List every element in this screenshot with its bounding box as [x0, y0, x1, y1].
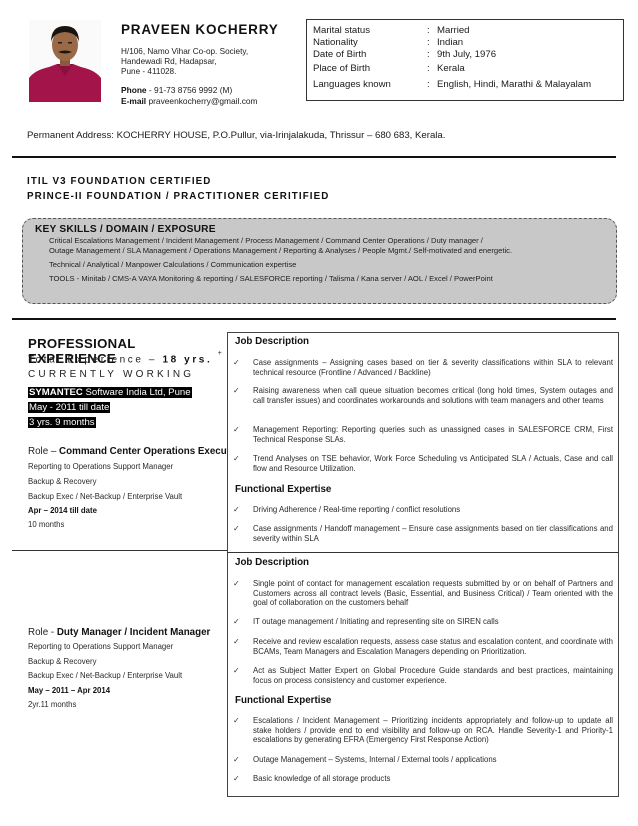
experience-left-column: PROFESSIONAL EXPERIENCE Total Experience… [0, 0, 227, 826]
check-icon: ✓ [233, 425, 253, 444]
check-icon: ✓ [233, 617, 253, 627]
check-icon: ✓ [233, 666, 253, 685]
job-bullet: ✓Single point of contact for management … [233, 579, 613, 608]
job-bullet: ✓Case assignments – Assigning cases base… [233, 358, 613, 377]
role-title: Role – Command Center Operations Executi… [28, 446, 227, 457]
role-duration: 10 months [28, 520, 64, 529]
role-reporting: Reporting to Operations Support Manager [28, 642, 173, 651]
functional-bullet: ✓Case assignments / Handoff management –… [233, 524, 613, 543]
bullet-text: Outage Management – Systems, Internal / … [253, 755, 613, 765]
personal-details-box: Marital status:Married Nationality:India… [306, 19, 624, 101]
personal-value: English, Hindi, Marathi & Malayalam [437, 77, 591, 93]
job-description-title: Job Description [235, 336, 309, 347]
check-icon: ✓ [233, 454, 253, 473]
bullet-text: Receive and review escalation requests, … [253, 637, 613, 656]
company-tenure: 3 yrs. 9 months [28, 417, 96, 428]
bullet-text: Case assignments – Assigning cases based… [253, 358, 613, 377]
functional-expertise-title: Functional Expertise [235, 695, 331, 706]
personal-row: Languages known:English, Hindi, Marathi … [313, 77, 623, 93]
bullet-text: Raising awareness when call queue situat… [253, 386, 613, 405]
bullet-text: Driving Adherence / Real-time reporting … [253, 505, 613, 515]
personal-value: Indian [437, 37, 463, 49]
total-experience-value: 18 yrs. [162, 354, 212, 365]
role-prefix: Role - [28, 627, 57, 638]
role-reporting: Reporting to Operations Support Manager [28, 462, 173, 471]
personal-row: Place of Birth:Kerala [313, 61, 623, 77]
colon: : [427, 37, 437, 49]
check-icon: ✓ [233, 524, 253, 543]
company-rest: Software India Ltd, Pune [83, 387, 191, 398]
personal-row: Date of Birth:9th July, 1976 [313, 49, 623, 61]
job-description-title: Job Description [235, 557, 309, 568]
colon: : [427, 61, 437, 77]
functional-bullet: ✓Basic knowledge of all storage products [233, 774, 613, 784]
role-period: May – 2011 – Apr 2014 [28, 686, 110, 695]
functional-bullet: ✓Outage Management – Systems, Internal /… [233, 755, 613, 765]
colon: : [427, 49, 437, 61]
personal-key: Place of Birth [313, 61, 427, 77]
functional-bullet: ✓Driving Adherence / Real-time reporting… [233, 505, 613, 515]
bullet-text: Trend Analyses on TSE behavior, Work For… [253, 454, 613, 473]
check-icon: ✓ [233, 774, 253, 784]
personal-row: Marital status:Married [313, 25, 623, 37]
role-products: Backup Exec / Net-Backup / Enterprise Va… [28, 671, 182, 680]
job-bullet: ✓IT outage management / Initiating and r… [233, 617, 613, 627]
company-bold: SYMANTEC [29, 387, 83, 398]
check-icon: ✓ [233, 358, 253, 377]
role-products: Backup Exec / Net-Backup / Enterprise Va… [28, 492, 182, 501]
role-name: Duty Manager / Incident Manager [57, 627, 211, 638]
plus-mark: + [218, 350, 222, 357]
job-bullet: ✓Raising awareness when call queue situa… [233, 386, 613, 405]
bullet-text: Basic knowledge of all storage products [253, 774, 613, 784]
colon: : [427, 77, 437, 93]
bullet-text: Management Reporting: Reporting queries … [253, 425, 613, 444]
personal-key: Nationality [313, 37, 427, 49]
personal-key: Marital status [313, 25, 427, 37]
company-name: SYMANTEC Software India Ltd, Pune [28, 387, 192, 398]
company-since: May - 2011 till date [28, 402, 110, 413]
personal-row: Nationality:Indian [313, 37, 623, 49]
role-area: Backup & Recovery [28, 657, 96, 666]
check-icon: ✓ [233, 579, 253, 608]
bullet-text: Case assignments / Handoff management – … [253, 524, 613, 543]
role-duration: 2yr.11 months [28, 700, 76, 709]
role-title: Role - Duty Manager / Incident Manager [28, 627, 210, 638]
role-divider [227, 552, 619, 553]
role-divider [12, 550, 227, 551]
job-bullet: ✓Trend Analyses on TSE behavior, Work Fo… [233, 454, 613, 473]
personal-key: Date of Birth [313, 49, 427, 61]
bullet-text: Act as Subject Matter Expert on Global P… [253, 666, 613, 685]
personal-value: 9th July, 1976 [437, 49, 496, 61]
bullet-text: Escalations / Incident Management – Prio… [253, 716, 613, 745]
functional-expertise-title: Functional Expertise [235, 484, 331, 495]
currently-working: CURRENTLY WORKING [28, 369, 194, 380]
total-experience: Total Experience – 18 yrs. + [28, 353, 222, 365]
bullet-text: IT outage management / Initiating and re… [253, 617, 613, 627]
role-area: Backup & Recovery [28, 477, 96, 486]
role-period: Apr – 2014 till date [28, 506, 97, 515]
job-bullet: ✓Act as Subject Matter Expert on Global … [233, 666, 613, 685]
personal-value: Kerala [437, 61, 465, 77]
job-bullet: ✓Management Reporting: Reporting queries… [233, 425, 613, 444]
personal-value: Married [437, 25, 470, 37]
colon: : [427, 25, 437, 37]
functional-bullet: ✓Escalations / Incident Management – Pri… [233, 716, 613, 745]
role-name: Command Center Operations Executive [59, 446, 227, 457]
job-bullet: ✓Receive and review escalation requests,… [233, 637, 613, 656]
role-prefix: Role – [28, 446, 59, 457]
check-icon: ✓ [233, 505, 253, 515]
check-icon: ✓ [233, 386, 253, 405]
check-icon: ✓ [233, 637, 253, 656]
personal-key: Languages known [313, 77, 427, 93]
bullet-text: Single point of contact for management e… [253, 579, 613, 608]
total-experience-label: Total Experience – [28, 354, 162, 365]
check-icon: ✓ [233, 755, 253, 765]
check-icon: ✓ [233, 716, 253, 745]
